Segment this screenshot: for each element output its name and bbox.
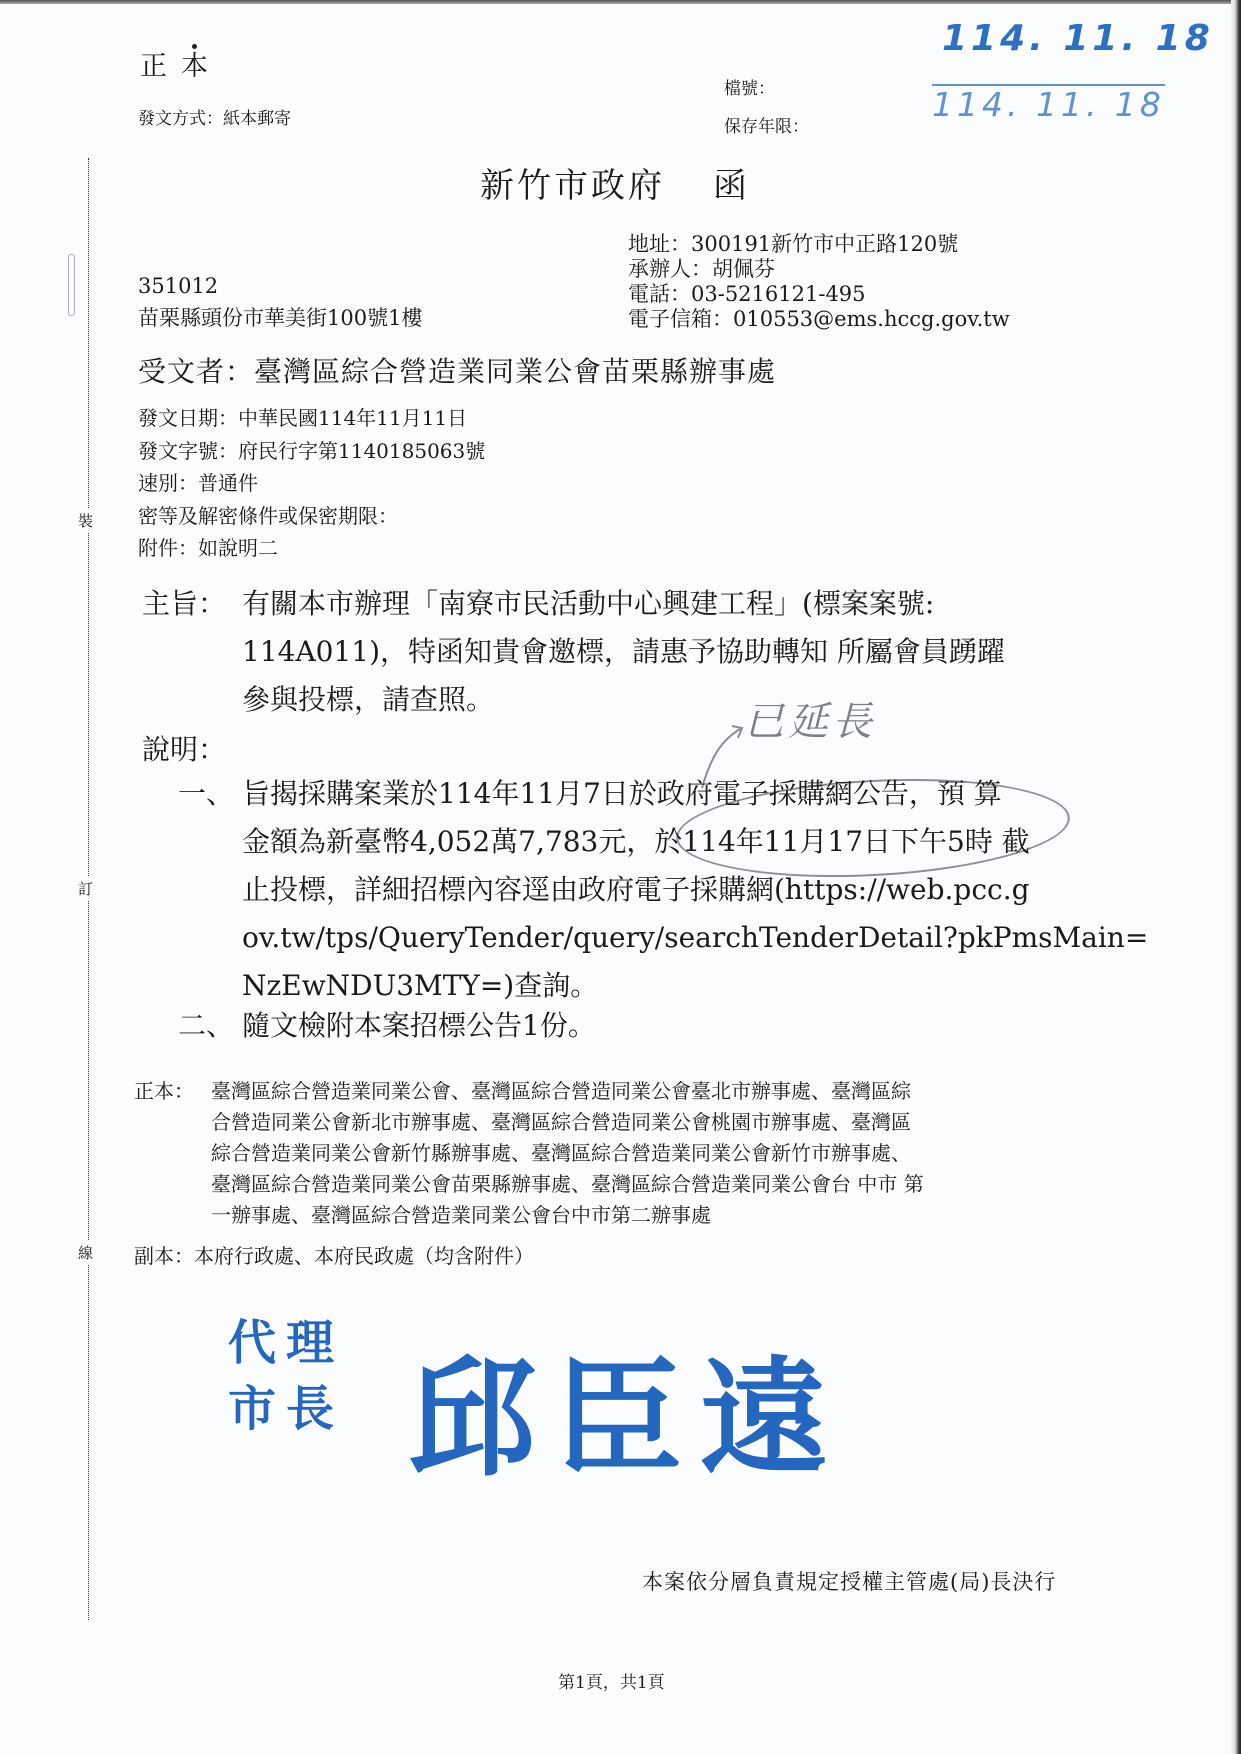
binding-mark-ding: 訂: [78, 876, 93, 901]
received-date-stamp-faded: 114. 11. 18: [932, 84, 1165, 121]
signature-name: 邱臣遠: [408, 1316, 846, 1500]
item-body: 旨揭採購案業於114年11月7日於政府電子採購網公告，預 算 金額為新臺幣4,0…: [242, 770, 1148, 1010]
original-recipients: 臺灣區綜合營造業同業公會、臺灣區綜合營造同業公會臺北市辦事處、臺灣區綜 合營造同…: [211, 1076, 924, 1231]
signature-title: 代理市長: [228, 1310, 378, 1442]
subject-line: 有關本市辦理「南寮市民活動中心興建工程」(標案案號:: [242, 580, 1122, 628]
item-line: 旨揭採購案業於114年11月7日於政府電子採購網公告，預 算: [242, 770, 1148, 818]
sender-address: 地址：300191新竹市中正路120號: [628, 232, 1010, 257]
document-type: 函: [713, 166, 750, 206]
received-date-stamp: 114. 11. 18: [942, 18, 1214, 59]
document-number: 發文字號：府民行字第1140185063號: [138, 435, 485, 468]
binding-mark-xian: 線: [78, 1240, 93, 1265]
recipient-postal-code: 351012: [138, 274, 218, 298]
phone-number: 電話：03-5216121-495: [628, 282, 1010, 307]
handwritten-note: 已延長: [744, 690, 876, 747]
recipient-line: 臺灣區綜合營造業同業公會苗栗縣辦事處、臺灣區綜合營造業同業公會台 中市 第: [211, 1169, 924, 1200]
page-number: 第1頁，共1頁: [558, 1668, 665, 1693]
item-line: 隨文檢附本案招標公告1份。: [242, 1002, 596, 1050]
attachment: 附件：如說明二: [138, 532, 485, 565]
item-number: 一、: [178, 770, 234, 818]
email-address: 電子信箱：010553@ems.hccg.gov.tw: [628, 307, 1010, 332]
file-number-label: 檔號：: [724, 74, 775, 99]
distribution-copy: 副本：本府行政處、本府民政處（均含附件）: [134, 1240, 534, 1269]
item-line-url: ov.tw/tps/QueryTender/query/searchTender…: [242, 914, 1148, 962]
subject-line: 114A011)，特函知貴會邀標，請惠予協助轉知 所屬會員踴躍: [242, 628, 1122, 676]
sender-contact-block: 地址：300191新竹市中正路120號 承辦人：胡佩芬 電話：03-521612…: [628, 232, 1010, 332]
handler-name: 承辦人：胡佩芬: [628, 257, 1010, 282]
authority-note: 本案依分層負責規定授權主管處(局)長決行: [642, 1566, 1056, 1596]
recipient-line: 一辦事處、臺灣區綜合營造業同業公會台中市第二辦事處: [211, 1200, 924, 1231]
recipient-line: 綜合營造業同業公會新竹縣辦事處、臺灣區綜合營造業同業公會新竹市辦事處、: [211, 1138, 924, 1169]
delivery-speed: 速別：普通件: [138, 467, 485, 500]
subject-line: 參與投標，請查照。: [242, 676, 1122, 724]
binding-mark-zhuang: 裝: [78, 508, 93, 533]
addressee: 受文者：臺灣區綜合營造業同業公會苗栗縣辦事處: [138, 350, 776, 390]
paper-clip-mark: [68, 254, 75, 316]
subject-label: 主旨：: [142, 580, 226, 628]
retention-period-label: 保存年限：: [724, 112, 809, 137]
classification: 密等及解密條件或保密期限：: [138, 500, 485, 533]
recipient-line: 合營造同業公會新北市辦事處、臺灣區綜合營造同業公會桃園市辦事處、臺灣區: [211, 1107, 924, 1138]
item-body: 隨文檢附本案招標公告1份。: [242, 1002, 596, 1050]
document-title: 新竹市政府函: [480, 158, 750, 207]
agency-name: 新竹市政府: [480, 166, 665, 206]
recipient-address: 苗栗縣頭份市華美街100號1樓: [138, 302, 422, 332]
original-label: 正本：: [134, 1076, 194, 1107]
document-meta: 發文日期：中華民國114年11月11日 發文字號：府民行字第1140185063…: [138, 402, 485, 565]
item-line: 金額為新臺幣4,052萬7,783元，於114年11月17日下午5時 截: [242, 818, 1148, 866]
copy-type-dot: [192, 44, 197, 49]
copy-type: 正本: [140, 44, 222, 83]
issue-date: 發文日期：中華民國114年11月11日: [138, 402, 485, 435]
scan-edge-top: [0, 0, 1241, 4]
item-number: 二、: [178, 1002, 234, 1050]
item-line-url: 止投標，詳細招標內容逕由政府電子採購網(https://web.pcc.g: [242, 866, 1148, 914]
subject-body: 有關本市辦理「南寮市民活動中心興建工程」(標案案號: 114A011)，特函知貴…: [242, 580, 1122, 724]
recipient-line: 臺灣區綜合營造業同業公會、臺灣區綜合營造同業公會臺北市辦事處、臺灣區綜: [211, 1076, 924, 1107]
scan-edge-right: [1231, 0, 1241, 1754]
send-method: 發文方式：紙本郵寄: [138, 104, 291, 129]
explanation-label: 說明：: [142, 728, 226, 768]
